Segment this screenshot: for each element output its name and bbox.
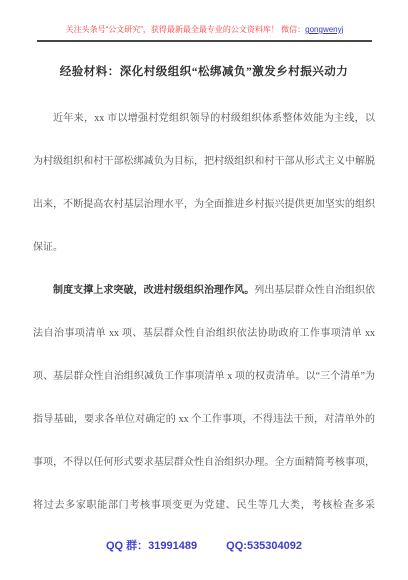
paragraph-2: 制度支撑上求突破，改进村级组织治理作风。列出基层群众性自治组织依法自治事项清单 … xyxy=(33,269,375,525)
document-title: 经验材料：深化村级组织“松绑减负”激发乡村振兴动力 xyxy=(30,63,378,81)
wechat-id-link[interactable]: gongwenyj xyxy=(305,25,343,34)
page-header: 关注头条号“公文研究”，获得最新最全最专业的公文资料库！ 微信：gongweny… xyxy=(37,24,372,42)
page-footer: QQ 群：31991489 QQ:535304092 xyxy=(0,537,408,553)
paragraph-1-text: 近年来，xx 市以增强村党组织领导的村级组织体系整体效能为主线，以为村级组织和村… xyxy=(33,113,375,253)
paragraph-2-lead: 制度支撑上求突破，改进村级组织治理作风。 xyxy=(53,285,254,296)
qq-number: QQ:535304092 xyxy=(226,540,302,552)
header-notice-text: 关注头条号“公文研究”，获得最新最全最专业的公文资料库！ xyxy=(66,25,279,34)
paragraph-1: 近年来，xx 市以增强村党组织领导的村级组织体系整体效能为主线，以为村级组织和村… xyxy=(33,97,375,269)
document-body: 近年来，xx 市以增强村党组织领导的村级组织体系整体效能为主线，以为村级组织和村… xyxy=(33,97,375,525)
header-wechat-label: 微信： xyxy=(279,25,305,34)
document-page: 关注头条号“公文研究”，获得最新最全最专业的公文资料库！ 微信：gongweny… xyxy=(0,0,408,580)
paragraph-2-text: 列出基层群众性自治组织依法自治事项清单 xx 项、基层群众性自治组织依法协助政府… xyxy=(33,285,375,525)
qq-group-number: QQ 群：31991489 xyxy=(106,537,197,553)
